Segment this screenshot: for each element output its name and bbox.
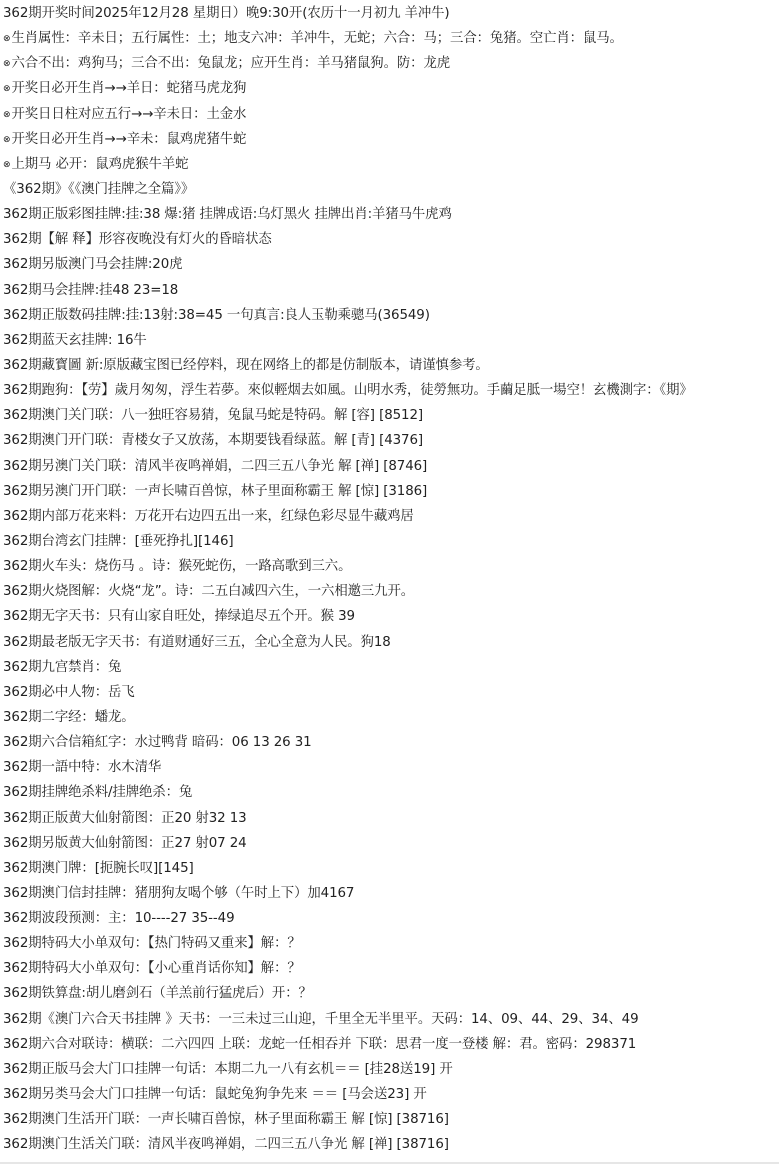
line-text: 生肖属性：辛未日；五行属性：土；地支六冲：羊冲牛，无蛇；六合：马；三合：兔猪。空… xyxy=(11,31,622,46)
line-text: 362期另类马会大门口挂牌一句话：鼠蛇兔狗争先来 ＝＝ [马会送23] 开 xyxy=(3,1087,427,1102)
line-text: 362期六合对联诗：横联：二六四四 上联：龙蛇一任相吞并 下联：思君一度一登楼 … xyxy=(3,1037,636,1052)
list-item-life-opening-couplet: 362期澳门生活开门联：一声长啸百兽惊，林子里面称霸王 解 [惊] [38716… xyxy=(0,1107,779,1132)
list-item-envelope-tag: 362期澳门信封挂牌：猪朋狗友喝个够（午时上下）加4167 xyxy=(0,881,779,906)
line-text: 362期马会挂牌:挂48 23=18 xyxy=(3,283,178,298)
line-text: 开奖日日柱对应五行→→辛未日：土金水 xyxy=(11,107,246,122)
line-text: 362期正版黄大仙射箭图：正20 射32 13 xyxy=(3,811,247,826)
list-item-draw-time: 362期开奖时间2025年12月28 星期日）晚9:30开(农历十一月初九 羊冲… xyxy=(0,1,779,26)
list-item-alt-macau-tag: 362期另版澳门马会挂牌:20虎 xyxy=(0,252,779,277)
list-item-life-closing-couplet: 362期澳门生活关门联：清风半夜鸣禅娟，二四三五八争光 解 [禅] [38716… xyxy=(0,1132,779,1157)
line-text: 362期特码大小单双句：【热门特码又重来】解：？ xyxy=(3,936,301,951)
line-text: 362期波段预测：主：10----27 35--49 xyxy=(3,911,235,926)
list-item-alt-wong-tai-sin-archery: 362期另版黄大仙射箭图：正27 射07 24 xyxy=(0,831,779,856)
list-item-taiwan-tag: 362期台湾玄门挂牌：[垂死挣扎][146] xyxy=(0,529,779,554)
line-text: 362期开奖时间2025年12月28 星期日）晚9:30开(农历十一月初九 羊冲… xyxy=(3,6,450,21)
line-text: 362期铁算盘:胡儿磨剑石（羊羔前行猛虎后）开：？ xyxy=(3,986,312,1001)
list-item-tag-kill: 362期挂牌绝杀料/挂牌绝杀：兔 xyxy=(0,780,779,805)
line-text: 362期跑狗：【劳】歲月匆匆，浮生若夢。來似輕烟去如風。山明水秀，徒勞無功。手繭… xyxy=(3,383,693,398)
list-item-couplet-poem: 362期六合对联诗：横联：二六四四 上联：龙蛇一任相吞并 下联：思君一度一登楼 … xyxy=(0,1032,779,1057)
line-text: 362期挂牌绝杀料/挂牌绝杀：兔 xyxy=(3,785,192,800)
list-item-section-title: 《362期》《《澳门挂牌之全篇》》 xyxy=(0,177,779,202)
list-item-inner-flowers: 362期内部万花来料：万花开右边四五出一来，红绿色彩尽显牛藏鸡居 xyxy=(0,504,779,529)
line-text: 362期特码大小单双句：【小心重肖话你知】解：？ xyxy=(3,961,301,976)
line-text: 362期九宫禁肖：兔 xyxy=(3,660,121,675)
line-text: 362期六合信箱紅字：水过鸭背 暗码：06 13 26 31 xyxy=(3,735,312,750)
list-item-nine-palace-ban: 362期九宫禁肖：兔 xyxy=(0,655,779,680)
line-text: 362期另版澳门马会挂牌:20虎 xyxy=(3,257,182,272)
divider xyxy=(0,1162,779,1164)
bullet-icon: ⊗ xyxy=(3,103,10,127)
list-item-opening-couplet: 362期澳门开门联：青楼女子又放荡，本期要钱看绿蓝。解 [青] [4376] xyxy=(0,428,779,453)
line-text: 开奖日必开生肖→→羊日：蛇猪马虎龙狗 xyxy=(11,81,246,96)
line-text: 362期无字天书：只有山家自旺处，捧绿追尽五个开。猴 39 xyxy=(3,609,355,624)
list-item-previous-horse: ⊗上期马 必开：鼠鸡虎猴牛羊蛇 xyxy=(0,152,779,177)
line-text: 362期必中人物：岳飞 xyxy=(3,685,135,700)
line-text: 362期二字经：蟠龙。 xyxy=(3,710,135,725)
line-text: 362期台湾玄门挂牌：[垂死挣扎][146] xyxy=(3,534,234,549)
list-item-alt-closing-couplet: 362期另澳门关门联：清风半夜鸣禅娟，二四三五八争光 解 [禅] [8746] xyxy=(0,454,779,479)
list-item-two-word-classic: 362期二字经：蟠龙。 xyxy=(0,705,779,730)
bullet-icon: ⊗ xyxy=(3,27,10,51)
line-text: 362期另版黄大仙射箭图：正27 射07 24 xyxy=(3,836,247,851)
list-item-gate-phrase: 362期正版马会大门口挂牌一句话：本期二九一八有玄机＝＝ [挂28送19] 开 xyxy=(0,1057,779,1082)
list-item-goat-day-zodiacs: ⊗开奖日必开生肖→→羊日：蛇猪马虎龙狗 xyxy=(0,76,779,101)
line-text: 362期澳门关门联：八一独旺容易猜，兔鼠马蛇是特码。解 [容] [8512] xyxy=(3,408,423,423)
line-text: 《362期》《《澳门挂牌之全篇》》 xyxy=(3,182,194,197)
line-text: 362期另澳门开门联：一声长啸百兽惊，林子里面称霸王 解 [惊] [3186] xyxy=(3,484,427,499)
list-item-explanation: 362期【解 释】形容夜晚没有灯火的昏暗状态 xyxy=(0,227,779,252)
line-text: 上期马 必开：鼠鸡虎猴牛羊蛇 xyxy=(11,157,188,172)
list-item-closing-couplet: 362期澳门关门联：八一独旺容易猜，兔鼠马蛇是特码。解 [容] [8512] xyxy=(0,403,779,428)
list-item-oldest-wordless-book: 362期最老版无字天书：有道财通好三五，全心全意为人民。狗18 xyxy=(0,630,779,655)
list-item-alt-opening-couplet: 362期另澳门开门联：一声长啸百兽惊，林子里面称霸王 解 [惊] [3186] xyxy=(0,479,779,504)
list-item-iron-abacus: 362期铁算盘:胡儿磨剑石（羊羔前行猛虎后）开：？ xyxy=(0,981,779,1006)
list-item-jockey-club-tag: 362期马会挂牌:挂48 23=18 xyxy=(0,278,779,303)
line-text: 362期澳门信封挂牌：猪朋狗友喝个够（午时上下）加4167 xyxy=(3,886,354,901)
list-item-must-hit-person: 362期必中人物：岳飞 xyxy=(0,680,779,705)
line-text: 362期另澳门关门联：清风半夜鸣禅娟，二四三五八争光 解 [禅] [8746] xyxy=(3,459,427,474)
list-item-wong-tai-sin-archery: 362期正版黄大仙射箭图：正20 射32 13 xyxy=(0,806,779,831)
line-text: 362期内部万花来料：万花开右边四五出一来，红绿色彩尽显牛藏鸡居 xyxy=(3,509,414,524)
list-item-size-parity-2: 362期特码大小单双句：【小心重肖话你知】解：？ xyxy=(0,956,779,981)
list-item-fire-chart: 362期火烧图解：火烧“龙”。诗：二五白减四六生，一六相邀三九开。 xyxy=(0,579,779,604)
line-text: 开奖日必开生肖→→辛未：鼠鸡虎猪牛蛇 xyxy=(11,132,246,147)
list-item-color-chart-tag: 362期正版彩图挂牌:挂:38 爆:猪 挂牌成语:乌灯黑火 挂牌出肖:羊猪马牛虎… xyxy=(0,202,779,227)
bullet-icon: ⊗ xyxy=(3,77,10,101)
line-text: 362期最老版无字天书：有道财通好三五，全心全意为人民。狗18 xyxy=(3,635,391,650)
bullet-icon: ⊗ xyxy=(3,128,10,152)
prediction-list: 362期开奖时间2025年12月28 星期日）晚9:30开(农历十一月初九 羊冲… xyxy=(0,1,779,1157)
list-item-one-phrase: 362期一語中特：水木清华 xyxy=(0,755,779,780)
list-item-zodiac-attributes: ⊗生肖属性：辛未日；五行属性：土；地支六冲：羊冲牛，无蛇；六合：马；三合：兔猪。… xyxy=(0,26,779,51)
line-text: 362期藏寳圖 新:原版藏宝图已经停料，现在网络上的都是仿制版本，请谨慎参考。 xyxy=(3,358,489,373)
list-item-heavenly-book: 362期《澳门六合天书挂牌 》天书：一三未过三山迎，千里全无半里平。天码：14、… xyxy=(0,1007,779,1032)
line-text: 362期澳门开门联：青楼女子又放荡，本期要钱看绿蓝。解 [青] [4376] xyxy=(3,433,423,448)
line-text: 362期澳门生活关门联：清风半夜鸣禅娟，二四三五八争光 解 [禅] [38716… xyxy=(3,1137,449,1152)
list-item-size-parity-1: 362期特码大小单双句：【热门特码又重来】解：？ xyxy=(0,931,779,956)
line-text: 362期蓝天玄挂牌: 16牛 xyxy=(3,333,147,348)
list-item-wordless-book: 362期无字天书：只有山家自旺处，捧绿追尽五个开。猴 39 xyxy=(0,604,779,629)
list-item-band-forecast: 362期波段预测：主：10----27 35--49 xyxy=(0,906,779,931)
list-item-running-dog: 362期跑狗：【劳】歲月匆匆，浮生若夢。來似輕烟去如風。山明水秀，徒勞無功。手繭… xyxy=(0,378,779,403)
list-item-blue-sky-tag: 362期蓝天玄挂牌: 16牛 xyxy=(0,328,779,353)
list-item-digital-tag: 362期正版数码挂牌:挂:13射:38=45 一句真言:良人玉勒乘骢马(3654… xyxy=(0,303,779,328)
line-text: 362期正版彩图挂牌:挂:38 爆:猪 挂牌成语:乌灯黑火 挂牌出肖:羊猪马牛虎… xyxy=(3,207,452,222)
line-text: 362期火烧图解：火烧“龙”。诗：二五白减四六生，一六相邀三九开。 xyxy=(3,584,414,599)
line-text: 362期《澳门六合天书挂牌 》天书：一三未过三山迎，千里全无半里平。天码：14、… xyxy=(3,1012,639,1027)
list-item-day-pillar-elements: ⊗开奖日日柱对应五行→→辛未日：土金水 xyxy=(0,102,779,127)
line-text: 362期澳门牌：[扼腕长叹][145] xyxy=(3,861,194,876)
line-text: 362期火车头：烧伤马 。诗：猴死蛇伤，一路高歌到三六。 xyxy=(3,559,351,574)
line-text: 362期正版数码挂牌:挂:13射:38=45 一句真言:良人玉勒乘骢马(3654… xyxy=(3,308,430,323)
line-text: 362期正版马会大门口挂牌一句话：本期二九一八有玄机＝＝ [挂28送19] 开 xyxy=(3,1062,453,1077)
line-text: 362期澳门生活开门联：一声长啸百兽惊，林子里面称霸王 解 [惊] [38716… xyxy=(3,1112,449,1127)
line-text: 六合不出：鸡狗马；三合不出：兔鼠龙；应开生肖：羊马猪鼠狗。防：龙虎 xyxy=(11,56,450,71)
bullet-icon: ⊗ xyxy=(3,153,10,177)
line-text: 362期一語中特：水木清华 xyxy=(3,760,161,775)
bullet-icon: ⊗ xyxy=(3,52,10,76)
list-item-xinwei-zodiacs: ⊗开奖日必开生肖→→辛未：鼠鸡虎猪牛蛇 xyxy=(0,127,779,152)
list-item-mailbox-red-text: 362期六合信箱紅字：水过鸭背 暗码：06 13 26 31 xyxy=(0,730,779,755)
list-item-six-harmony-exclusions: ⊗六合不出：鸡狗马；三合不出：兔鼠龙；应开生肖：羊马猪鼠狗。防：龙虎 xyxy=(0,51,779,76)
list-item-locomotive: 362期火车头：烧伤马 。诗：猴死蛇伤，一路高歌到三六。 xyxy=(0,554,779,579)
list-item-alt-gate-phrase: 362期另类马会大门口挂牌一句话：鼠蛇兔狗争先来 ＝＝ [马会送23] 开 xyxy=(0,1082,779,1107)
list-item-treasure-map: 362期藏寳圖 新:原版藏宝图已经停料，现在网络上的都是仿制版本，请谨慎参考。 xyxy=(0,353,779,378)
list-item-macau-card: 362期澳门牌：[扼腕长叹][145] xyxy=(0,856,779,881)
line-text: 362期【解 释】形容夜晚没有灯火的昏暗状态 xyxy=(3,232,272,247)
